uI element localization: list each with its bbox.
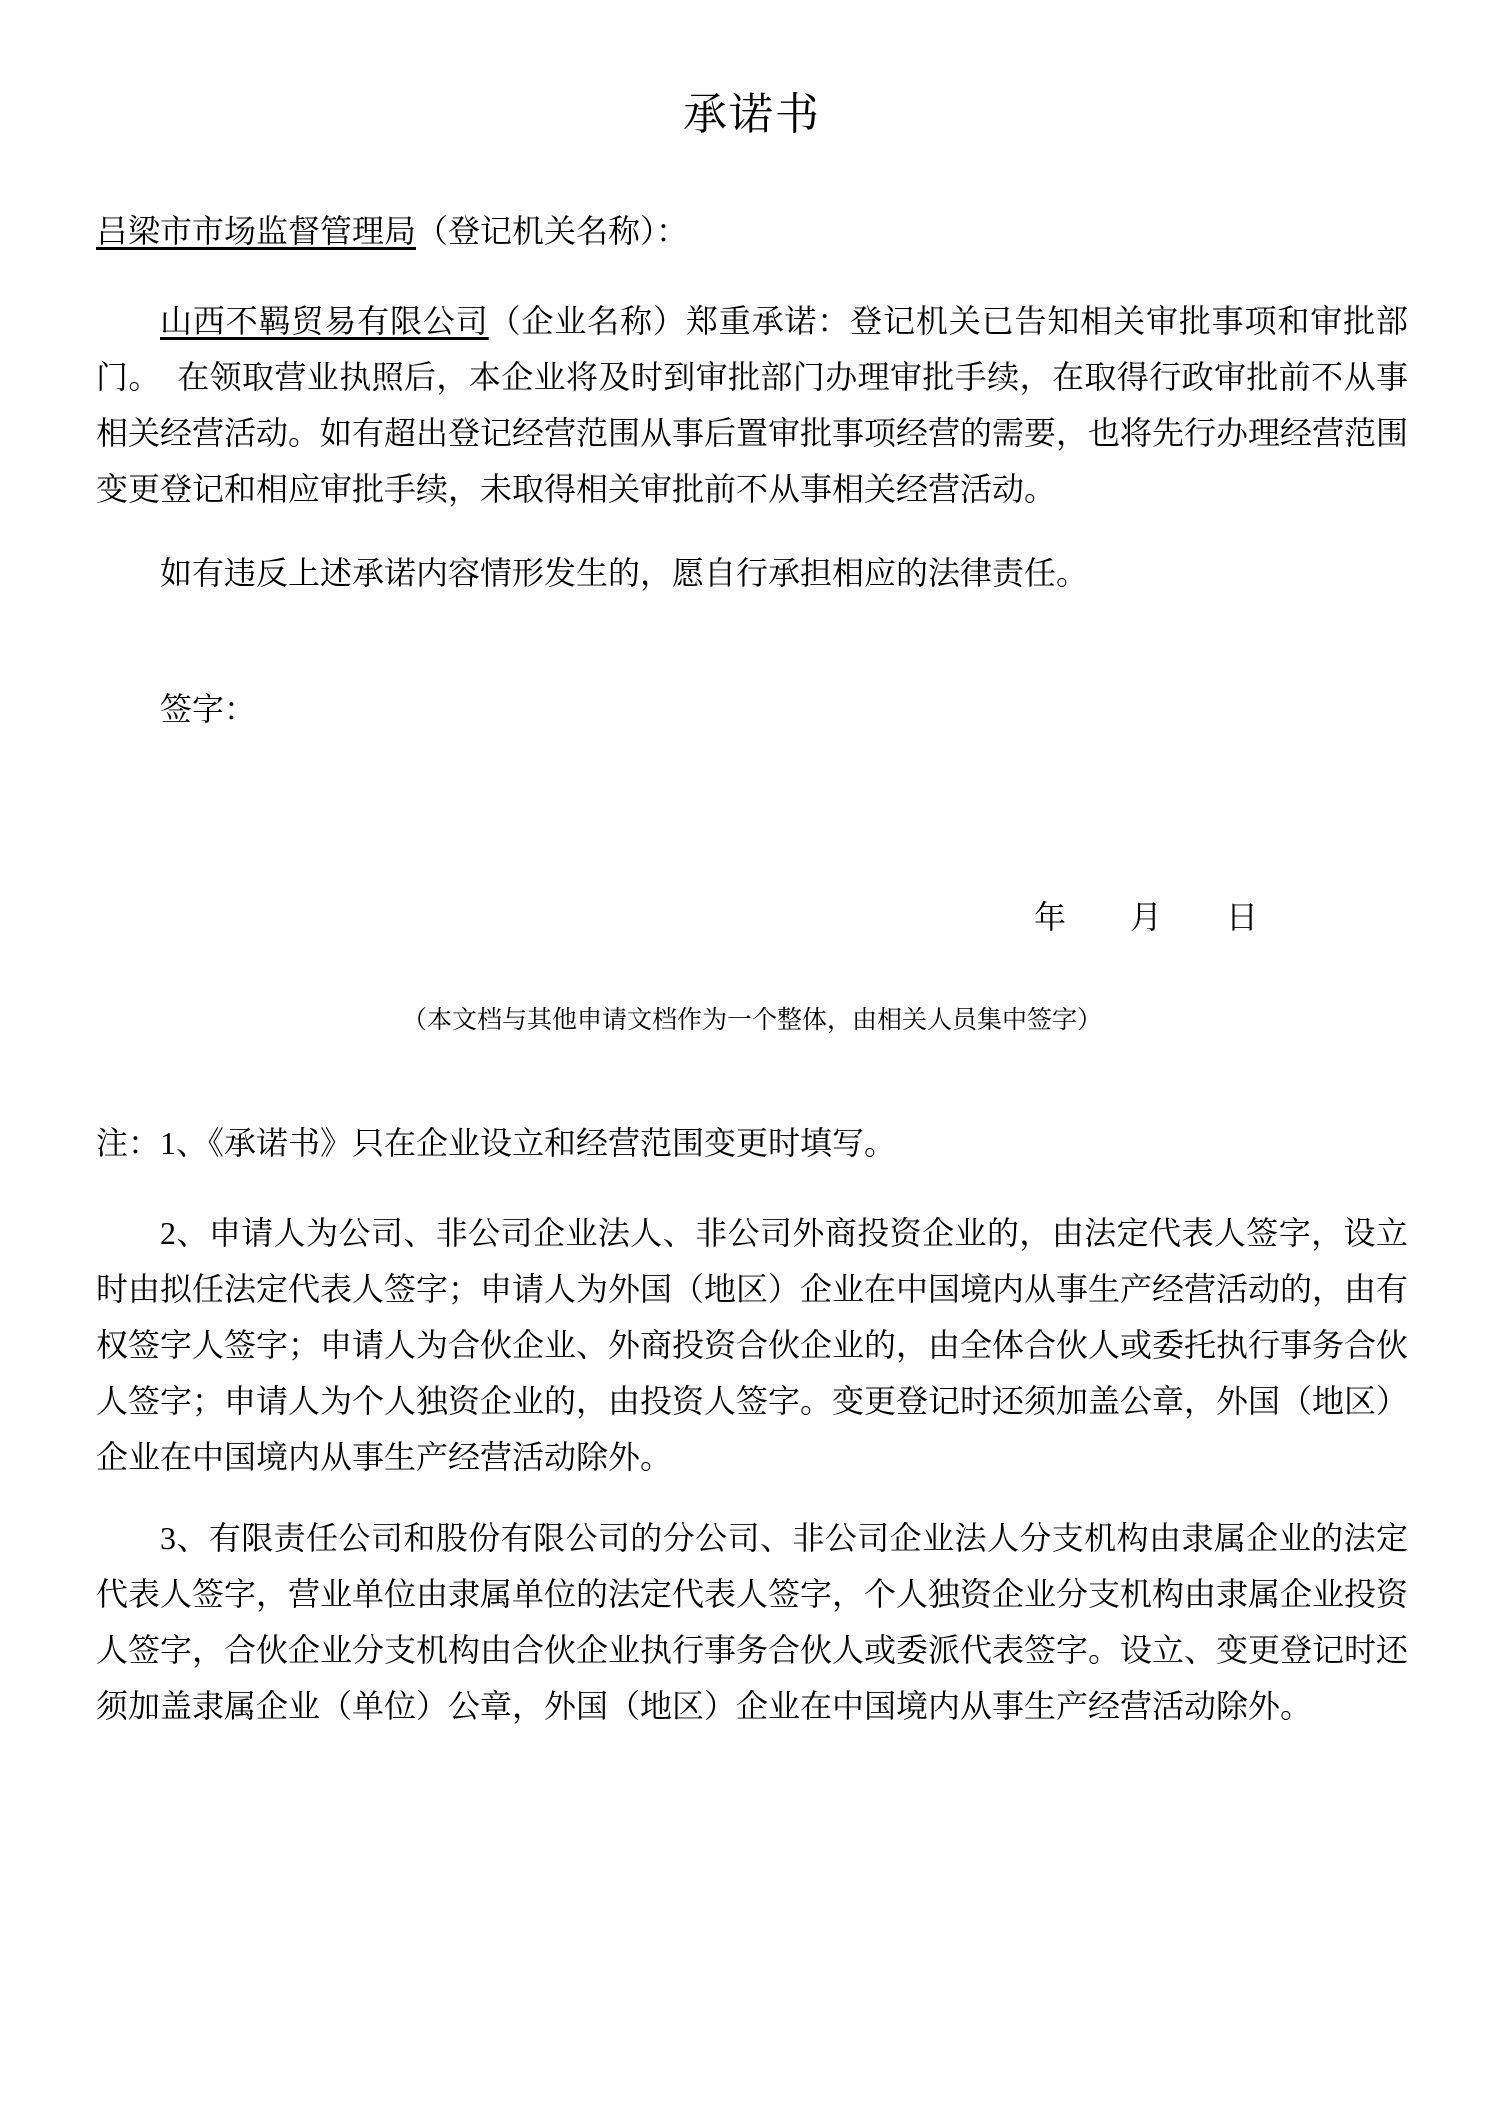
collective-signing-note: （本文档与其他申请文档作为一个整体，由相关人员集中签字）: [96, 1000, 1408, 1042]
salutation-line: 吕梁市市场监督管理局（登记机关名称）：: [96, 203, 1408, 259]
salutation-suffix: （登记机关名称）：: [416, 213, 688, 249]
date-line: 年 月 日: [96, 889, 1408, 945]
document-title: 承诺书: [96, 85, 1408, 145]
commitment-paragraph: 山西不羁贸易有限公司（企业名称）郑重承诺：登记机关已告知相关审批事项和审批部门。…: [96, 293, 1408, 517]
note-2: 2、申请人为公司、非公司企业法人、非公司外商投资企业的，由法定代表人签字，设立时…: [96, 1205, 1408, 1485]
registration-authority-name: 吕梁市市场监督管理局: [96, 213, 416, 249]
document-page: 承诺书 吕梁市市场监督管理局（登记机关名称）： 山西不羁贸易有限公司（企业名称）…: [0, 0, 1504, 2128]
company-name: 山西不羁贸易有限公司: [160, 303, 489, 339]
note-3: 3、有限责任公司和股份有限公司的分公司、非公司企业法人分支机构由隶属企业的法定代…: [96, 1510, 1408, 1734]
signature-label: 签字：: [96, 681, 1408, 737]
note-1: 注：1、《承诺书》只在企业设立和经营范围变更时填写。: [96, 1115, 1408, 1171]
liability-paragraph: 如有违反上述承诺内容情形发生的，愿自行承担相应的法律责任。: [96, 545, 1408, 601]
